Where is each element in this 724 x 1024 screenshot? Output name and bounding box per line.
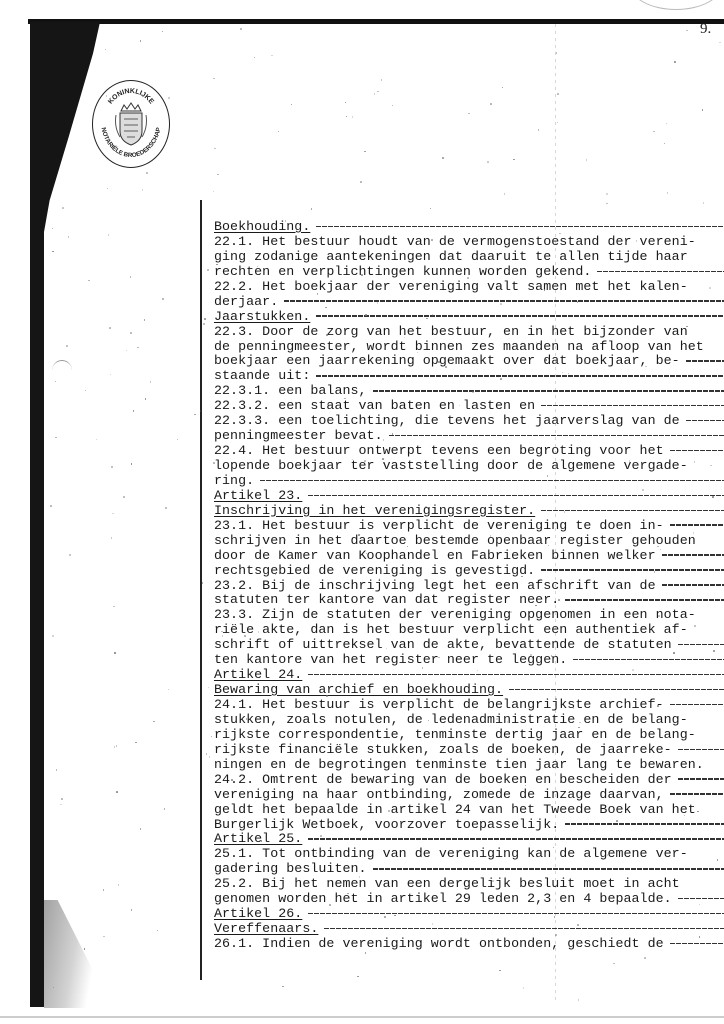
speck bbox=[206, 753, 208, 755]
line-text: 22.3.2. een staat van baten en lasten en bbox=[214, 399, 535, 413]
text-line: ningen en de begrotingen tenminste tien … bbox=[214, 758, 724, 773]
speck bbox=[207, 269, 209, 271]
fill-dash-line bbox=[678, 898, 724, 900]
speck bbox=[364, 151, 366, 153]
fill-dash-line bbox=[678, 778, 724, 780]
speck bbox=[177, 439, 179, 441]
speck bbox=[586, 159, 588, 161]
speck bbox=[694, 461, 696, 463]
speck bbox=[346, 116, 348, 118]
speck bbox=[329, 904, 331, 906]
speck bbox=[203, 323, 205, 325]
speck bbox=[204, 318, 206, 320]
speck bbox=[500, 378, 502, 380]
line-text: statuten ter kantore van dat register ne… bbox=[214, 593, 559, 607]
line-text: 24.1. Het bestuur is verplicht de belang… bbox=[214, 698, 664, 712]
speck bbox=[68, 236, 70, 238]
speck bbox=[664, 143, 666, 145]
line-text: 22.2. Het boekjaar der vereniging valt s… bbox=[214, 280, 688, 294]
line-text: 22.1. Het bestuur houdt van de vermogens… bbox=[214, 235, 696, 249]
speck bbox=[258, 631, 260, 633]
speck bbox=[281, 255, 283, 257]
line-text: rechten en verplichtingen kunnen worden … bbox=[214, 265, 591, 279]
speck bbox=[584, 362, 586, 364]
line-text: ging zodanige aantekeningen dat daaruit … bbox=[214, 250, 688, 264]
speck bbox=[364, 460, 366, 462]
speck bbox=[357, 976, 359, 978]
speck bbox=[703, 202, 705, 204]
speck bbox=[657, 705, 659, 707]
text-line: 23.3. Zijn de statuten der vereniging op… bbox=[214, 608, 724, 623]
speck bbox=[380, 253, 382, 255]
fill-dash-line bbox=[509, 689, 724, 691]
speck bbox=[131, 909, 133, 911]
heading-text: Artikel 24. bbox=[214, 668, 302, 682]
speck bbox=[383, 439, 385, 441]
line-text: de penningmeester, wordt binnen zes maan… bbox=[214, 340, 704, 354]
line-text: schrift of uittreksel van de akte, bevat… bbox=[214, 638, 672, 652]
text-line: 26.1. Indien de vereniging wordt ontbond… bbox=[214, 937, 724, 952]
coat-of-arms-icon: KONINKLIJKE NOTARIËLE BROEDERSCHAP bbox=[93, 81, 169, 167]
speck bbox=[107, 188, 109, 190]
speck bbox=[168, 97, 170, 99]
fill-dash-line bbox=[678, 644, 724, 646]
speck bbox=[56, 769, 58, 771]
text-line: stukken, zoals notulen, de ledenadminist… bbox=[214, 713, 724, 728]
speck bbox=[145, 398, 147, 400]
speck bbox=[557, 122, 559, 124]
speck bbox=[554, 916, 556, 918]
speck bbox=[510, 611, 512, 613]
speck bbox=[84, 948, 86, 950]
section-heading: Artikel 25. bbox=[214, 832, 724, 847]
section-heading: Bewaring van archief en boekhouding. bbox=[214, 683, 724, 698]
speck bbox=[140, 40, 142, 42]
scan-corner-shadow bbox=[30, 22, 100, 232]
speck bbox=[244, 635, 246, 637]
speck bbox=[425, 506, 427, 508]
text-line: statuten ter kantore van dat register ne… bbox=[214, 593, 724, 608]
speck bbox=[131, 463, 133, 465]
speck bbox=[442, 157, 444, 159]
speck bbox=[381, 79, 383, 81]
speck bbox=[52, 251, 54, 253]
speck bbox=[320, 835, 322, 837]
speck bbox=[111, 466, 113, 468]
speck bbox=[213, 462, 215, 464]
speck bbox=[504, 193, 506, 195]
speck bbox=[285, 220, 287, 222]
fill-dash-line bbox=[541, 510, 724, 512]
speck bbox=[579, 722, 581, 724]
speck bbox=[467, 277, 469, 279]
speck bbox=[500, 303, 502, 305]
text-line: ging zodanige aantekeningen dat daaruit … bbox=[214, 250, 724, 265]
speck bbox=[636, 240, 638, 242]
speck bbox=[487, 161, 489, 163]
speck bbox=[326, 695, 328, 697]
speck bbox=[530, 654, 532, 656]
speck bbox=[345, 102, 347, 104]
speck bbox=[553, 847, 555, 849]
speck bbox=[686, 326, 688, 328]
speck bbox=[559, 233, 561, 235]
line-text: 25.1. Tot ontbinding van de vereniging k… bbox=[214, 847, 688, 861]
fill-dash-line bbox=[541, 569, 724, 571]
fill-dash-line bbox=[308, 674, 724, 676]
speck bbox=[116, 745, 118, 747]
speck bbox=[499, 970, 501, 972]
speck bbox=[291, 104, 293, 106]
speck bbox=[211, 736, 213, 738]
speck bbox=[377, 91, 379, 93]
speck bbox=[606, 193, 608, 195]
line-text: 23.2. Bij de inschrijving legt het een a… bbox=[214, 579, 656, 593]
speck bbox=[85, 390, 87, 392]
fill-dash-line bbox=[662, 554, 724, 556]
fill-dash-line bbox=[373, 868, 724, 870]
speck bbox=[326, 334, 328, 336]
speck bbox=[202, 582, 204, 584]
speck bbox=[388, 810, 390, 812]
text-line: geldt het bepaalde in artikel 24 van het… bbox=[214, 803, 724, 818]
text-line: 22.2. Het boekjaar der vereniging valt s… bbox=[214, 280, 724, 295]
speck bbox=[513, 159, 515, 161]
speck bbox=[555, 934, 557, 936]
speck bbox=[632, 669, 634, 671]
text-line: rechtsgebied de vereniging is gevestigd. bbox=[214, 564, 724, 579]
fill-dash-line bbox=[670, 450, 724, 452]
speck bbox=[502, 87, 504, 89]
section-heading: Artikel 23. bbox=[214, 489, 724, 504]
speck bbox=[358, 534, 360, 536]
fill-dash-line bbox=[662, 584, 724, 586]
text-line: 23.1. Het bestuur is verplicht de vereni… bbox=[214, 519, 724, 534]
line-text: riële akte, dan is het bestuur verplicht… bbox=[214, 623, 688, 637]
text-line: Burgerlijk Wetboek, voorzover toepasseli… bbox=[214, 818, 724, 833]
speck bbox=[165, 507, 167, 509]
speck bbox=[209, 756, 211, 758]
speck bbox=[164, 808, 166, 810]
speck bbox=[492, 880, 494, 882]
speck bbox=[521, 576, 523, 578]
fill-dash-line bbox=[670, 793, 724, 795]
line-text: lopende boekjaar ter vaststelling door d… bbox=[214, 459, 688, 473]
speck bbox=[673, 652, 675, 654]
text-line: rechten en verplichtingen kunnen worden … bbox=[214, 265, 724, 280]
speck bbox=[126, 350, 128, 352]
fill-dash-line bbox=[670, 524, 724, 526]
line-text: 23.1. Het bestuur is verplicht de vereni… bbox=[214, 519, 664, 533]
speck bbox=[52, 228, 54, 230]
speck bbox=[50, 505, 52, 507]
fill-dash-line bbox=[686, 420, 724, 422]
text-line: de penningmeester, wordt binnen zes maan… bbox=[214, 340, 724, 355]
speck bbox=[384, 916, 386, 918]
speck bbox=[352, 116, 354, 118]
speck bbox=[657, 546, 659, 548]
line-text: gadering besluiten. bbox=[214, 862, 367, 876]
speck bbox=[106, 95, 108, 97]
section-heading: Vereffenaars. bbox=[214, 922, 724, 937]
speck bbox=[150, 381, 152, 383]
speck bbox=[282, 986, 284, 988]
fill-dash-line bbox=[565, 823, 724, 825]
speck bbox=[653, 131, 655, 133]
line-text: geldt het bepaalde in artikel 24 van het… bbox=[214, 803, 696, 817]
speck bbox=[577, 924, 579, 926]
speck bbox=[359, 876, 361, 878]
speck bbox=[217, 333, 219, 335]
speck bbox=[445, 366, 447, 368]
fill-dash-line bbox=[373, 390, 724, 392]
scan-bottom-edge bbox=[0, 1016, 724, 1018]
line-text: vereniging na haar ontbinding, zomede de… bbox=[214, 788, 664, 802]
fill-dash-line bbox=[573, 659, 724, 661]
heading-text: Vereffenaars. bbox=[214, 922, 318, 936]
speck bbox=[431, 239, 433, 241]
speck bbox=[709, 287, 711, 289]
fill-dash-line bbox=[597, 271, 724, 273]
speck bbox=[62, 207, 64, 209]
speck bbox=[109, 327, 111, 329]
speck bbox=[645, 366, 647, 368]
notary-seal: KONINKLIJKE NOTARIËLE BROEDERSCHAP bbox=[92, 80, 170, 168]
speck bbox=[240, 28, 242, 30]
speck bbox=[573, 707, 575, 709]
line-text: door de Kamer van Koophandel en Fabrieke… bbox=[214, 549, 656, 563]
speck bbox=[392, 433, 394, 435]
speck bbox=[135, 742, 137, 744]
text-line: lopende boekjaar ter vaststelling door d… bbox=[214, 459, 724, 474]
line-text: penningmeester bevat. bbox=[214, 429, 383, 443]
speck bbox=[394, 915, 396, 917]
heading-text: Jaarstukken. bbox=[214, 310, 310, 324]
speck bbox=[110, 374, 112, 376]
heading-text: Artikel 26. bbox=[214, 907, 302, 921]
text-line: 24.1. Het bestuur is verplicht de belang… bbox=[214, 698, 724, 713]
speck bbox=[712, 496, 714, 498]
speck bbox=[666, 123, 668, 125]
speck bbox=[146, 172, 148, 174]
speck bbox=[520, 779, 522, 781]
speck bbox=[168, 689, 170, 691]
speck bbox=[123, 496, 125, 498]
heading-text: Bewaring van archief en boekhouding. bbox=[214, 683, 503, 697]
speck bbox=[545, 359, 547, 361]
speck bbox=[66, 345, 68, 347]
speck bbox=[658, 615, 660, 617]
line-text: derjaar. bbox=[214, 295, 278, 309]
speck bbox=[523, 987, 525, 989]
page-number: 9. bbox=[700, 21, 711, 38]
speck bbox=[404, 337, 406, 339]
punch-hole-mark bbox=[52, 360, 72, 381]
speck bbox=[613, 963, 615, 965]
speck bbox=[607, 854, 609, 856]
speck bbox=[468, 113, 470, 115]
speck bbox=[717, 859, 719, 861]
fill-dash-line bbox=[308, 495, 724, 497]
heading-text: Artikel 23. bbox=[214, 489, 302, 503]
speck bbox=[535, 605, 537, 607]
heading-text: Inschrijving in het verenigingsregister. bbox=[214, 504, 535, 518]
speck bbox=[344, 398, 346, 400]
fill-dash-line bbox=[541, 405, 724, 407]
speck bbox=[642, 489, 644, 491]
text-line: rijkste financiële stukken, zoals de boe… bbox=[214, 743, 724, 758]
fill-dash-line bbox=[316, 226, 724, 228]
speck bbox=[311, 208, 313, 210]
line-text: rechtsgebied de vereniging is gevestigd. bbox=[214, 564, 535, 578]
speck bbox=[55, 437, 57, 439]
fill-dash-line bbox=[284, 300, 724, 302]
text-line: gadering besluiten. bbox=[214, 862, 724, 877]
speck bbox=[103, 936, 105, 938]
line-text: 22.3. Door de zorg van het bestuur, en i… bbox=[214, 325, 688, 339]
line-text: rijkste correspondentie, tenminste derti… bbox=[214, 728, 696, 742]
speck bbox=[231, 779, 233, 781]
fill-dash-line bbox=[324, 928, 724, 930]
line-text: genomen worden het in artikel 29 leden 2… bbox=[214, 892, 672, 906]
section-heading: Boekhouding. bbox=[214, 220, 724, 235]
speck bbox=[140, 828, 142, 830]
text-line: 22.3. Door de zorg van het bestuur, en i… bbox=[214, 325, 724, 340]
text-line: riële akte, dan is het bestuur verplicht… bbox=[214, 623, 724, 638]
speck bbox=[365, 952, 367, 954]
speck bbox=[719, 42, 721, 44]
speck bbox=[137, 347, 139, 349]
text-line: rijkste correspondentie, tenminste derti… bbox=[214, 728, 724, 743]
fill-dash-line bbox=[565, 599, 724, 601]
line-text: 23.3. Zijn de statuten der vereniging op… bbox=[214, 608, 696, 622]
text-line: 22.3.3. een toelichting, die tevens het … bbox=[214, 414, 724, 429]
text-line: ring. bbox=[214, 474, 724, 489]
margin-rule bbox=[200, 200, 202, 980]
speck bbox=[60, 804, 62, 806]
line-text: ten kantore van het register neer te leg… bbox=[214, 653, 567, 667]
speck bbox=[697, 811, 699, 813]
speck bbox=[153, 721, 155, 723]
speck bbox=[644, 957, 646, 959]
speck bbox=[650, 287, 652, 289]
section-heading: Inschrijving in het verenigingsregister. bbox=[214, 504, 724, 519]
text-line: staande uit: bbox=[214, 369, 724, 384]
speck bbox=[577, 301, 579, 303]
text-line: schrijven in het daartoe bestemde openba… bbox=[214, 534, 724, 549]
speck bbox=[103, 889, 105, 891]
line-text: 24.2. Omtrent de bewaring van de boeken … bbox=[214, 773, 672, 787]
speck bbox=[208, 687, 210, 689]
speck bbox=[667, 192, 669, 194]
speck bbox=[112, 513, 114, 515]
speck bbox=[88, 280, 90, 282]
line-text: rijkste financiële stukken, zoals de boe… bbox=[214, 743, 672, 757]
line-text: 22.3.3. een toelichting, die tevens het … bbox=[214, 414, 680, 428]
speck bbox=[713, 650, 715, 652]
speck bbox=[365, 314, 367, 316]
section-heading: Artikel 24. bbox=[214, 668, 724, 683]
speck bbox=[507, 721, 509, 723]
section-heading: Jaarstukken. bbox=[214, 310, 724, 325]
speck bbox=[382, 458, 384, 460]
speck bbox=[217, 174, 219, 176]
speck bbox=[616, 820, 618, 822]
fill-dash-line bbox=[316, 315, 724, 317]
speck bbox=[379, 578, 381, 580]
text-line: vereniging na haar ontbinding, zomede de… bbox=[214, 788, 724, 803]
text-line: door de Kamer van Koophandel en Fabrieke… bbox=[214, 549, 724, 564]
line-text: 25.2. Bij het nemen van een dergelijk be… bbox=[214, 877, 680, 891]
speck bbox=[360, 181, 362, 183]
document-body: Boekhouding.22.1. Het bestuur houdt van … bbox=[214, 220, 724, 952]
speck bbox=[113, 606, 115, 608]
speck bbox=[105, 49, 107, 51]
speck bbox=[254, 57, 256, 59]
speck bbox=[130, 276, 132, 278]
speck bbox=[426, 318, 428, 320]
speck bbox=[490, 103, 492, 105]
speck bbox=[108, 234, 110, 236]
speck bbox=[538, 129, 540, 131]
speck bbox=[216, 264, 218, 266]
fill-dash-line bbox=[308, 838, 724, 840]
text-line: 23.2. Bij de inschrijving legt het een a… bbox=[214, 579, 724, 594]
speck bbox=[162, 298, 164, 300]
text-line: genomen worden het in artikel 29 leden 2… bbox=[214, 892, 724, 907]
scan-bottom-shadow bbox=[44, 900, 112, 1008]
speck bbox=[438, 361, 440, 363]
speck bbox=[130, 332, 132, 334]
speck bbox=[374, 93, 376, 95]
speck bbox=[52, 635, 54, 637]
speck bbox=[278, 131, 280, 133]
line-text: 26.1. Indien de vereniging wordt ontbond… bbox=[214, 937, 664, 951]
speck bbox=[114, 652, 116, 654]
line-text: ningen en de begrotingen tenminste tien … bbox=[214, 758, 704, 772]
line-text: stukken, zoals notulen, de ledenadminist… bbox=[214, 713, 688, 727]
speck bbox=[316, 852, 318, 854]
text-line: 25.1. Tot ontbinding van de vereniging k… bbox=[214, 847, 724, 862]
text-line: boekjaar een jaarrekening opgemaakt over… bbox=[214, 354, 724, 369]
text-line: 22.4. Het bestuur ontwerpt tevens een be… bbox=[214, 444, 724, 459]
speck bbox=[194, 414, 196, 416]
speck bbox=[111, 537, 113, 539]
line-text: ring. bbox=[214, 474, 254, 488]
fill-dash-line bbox=[308, 913, 724, 915]
speck bbox=[69, 554, 71, 556]
speck bbox=[558, 599, 560, 601]
speck bbox=[462, 558, 464, 560]
speck bbox=[61, 798, 63, 800]
speck bbox=[361, 274, 363, 276]
speck bbox=[213, 191, 215, 193]
speck bbox=[133, 410, 135, 412]
speck bbox=[430, 208, 432, 210]
text-line: 22.3.1. een balans, bbox=[214, 384, 724, 399]
speck bbox=[578, 999, 580, 1001]
fill-dash-line bbox=[678, 749, 724, 751]
fill-dash-line bbox=[389, 435, 724, 437]
text-line: 24.2. Omtrent de bewaring van de boeken … bbox=[214, 773, 724, 788]
text-line: 22.3.2. een staat van baten en lasten en bbox=[214, 399, 724, 414]
heading-text: Artikel 25. bbox=[214, 832, 302, 846]
speck bbox=[694, 625, 696, 627]
section-heading: Artikel 26. bbox=[214, 907, 724, 922]
text-line: 22.1. Het bestuur houdt van de vermogens… bbox=[214, 235, 724, 250]
speck bbox=[96, 439, 98, 441]
scan-top-border bbox=[28, 19, 724, 24]
